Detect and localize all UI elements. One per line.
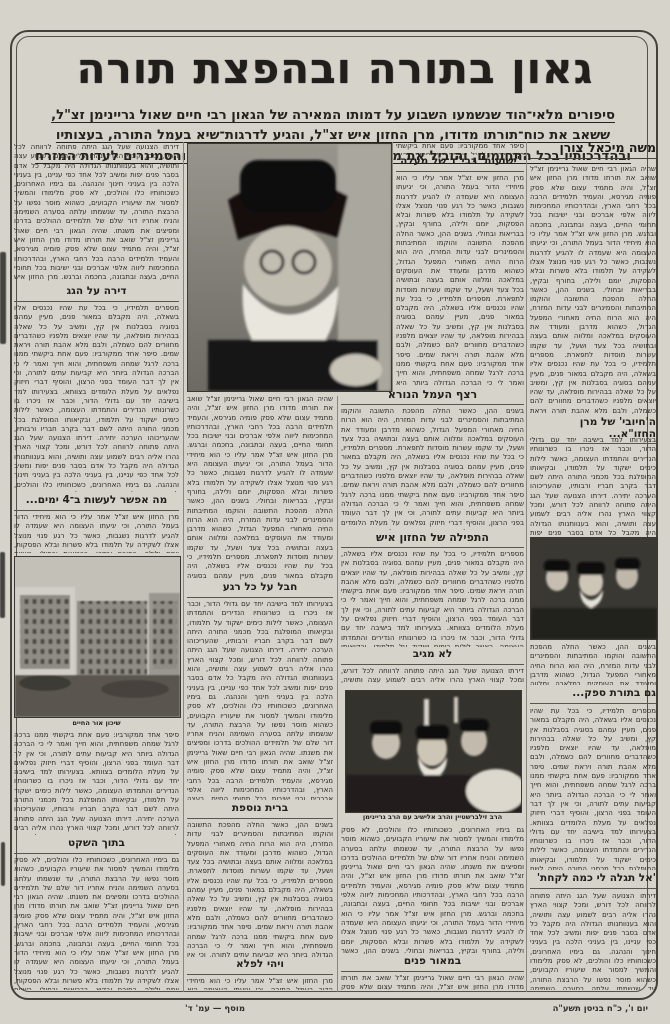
group-photo-mid xyxy=(345,690,522,813)
column-divider xyxy=(337,396,338,992)
section-heading-ma-efshar: מה אפשר לעשות ב־4 ימים... xyxy=(14,495,179,511)
body-text: בשנים ההן, כאשר החלה מהפכת התשובה והוקמו… xyxy=(530,643,656,685)
scan-artifact xyxy=(0,552,5,618)
body-text: מרן החזון איש זצ"ל אמר עליו כי הוא מיחיד… xyxy=(396,174,524,387)
body-text: מרן החזון איש זצ"ל אמר עליו כי הוא מיחיד… xyxy=(187,977,333,990)
column-divider xyxy=(392,142,393,392)
body-text: דירתו הצנועה שעל הגג היתה פתוחה לרווחה ל… xyxy=(14,143,179,283)
body-text: בשנים ההן, כאשר החלה מהפכת התשובה והוקמו… xyxy=(341,407,524,530)
column-divider xyxy=(526,142,527,992)
body-text: גם בימיו האחרונים, כשכוחותיו כלו והולכים… xyxy=(341,826,524,954)
page-title: גאון בתורה ובהפצת תורה xyxy=(0,44,670,93)
section-heading-toras-safek: גם בתורת ספק... xyxy=(530,688,656,704)
body-text: סיפר אחד ממקורביו: פעם אחת ביקשתי ממנו ב… xyxy=(14,731,179,835)
body-text: דירתו הצנועה שעל הגג היתה פתוחה לרווחה ל… xyxy=(341,667,524,687)
body-text: שהיה הגאון רבי חיים שאול גריינימן זצ"ל ש… xyxy=(187,395,333,580)
section-heading-retzef: רצף העמל הנורא xyxy=(341,389,524,405)
section-heading-lo-megiv: לא מגיב xyxy=(341,649,524,665)
body-text: סיפר אחד ממקורביו: פעם אחת ביקשתי ממנו ב… xyxy=(396,142,524,155)
body-text: גם בימיו האחרונים, כשכוחותיו כלו והולכים… xyxy=(14,856,179,990)
group-photo-right xyxy=(530,537,658,640)
scan-artifact xyxy=(1,842,5,886)
section-heading-yeshuos: 'ישועות' בבי"ד של מעלה xyxy=(396,156,524,172)
building-photo xyxy=(14,556,181,718)
building-photo-caption: שיכון אור החיים xyxy=(14,719,179,727)
body-text: דירתו הצנועה שעל הגג היתה פתוחה לרווחה ל… xyxy=(530,892,656,990)
body-text: בצעירותו למד בישיבה יחד עם גדולי הדור, ו… xyxy=(530,436,656,535)
column-divider xyxy=(183,142,184,992)
body-text: בשנים ההן, כאשר החלה מהפכת התשובה והוקמו… xyxy=(187,821,333,957)
section-heading-vayehi: ויהי לפלא xyxy=(187,959,333,975)
section-heading-meor: במאור פנים xyxy=(341,956,524,972)
body-text: מספרים תלמידיו, כי בכל עת שהיו נכנסים אל… xyxy=(14,304,179,492)
body-text: שהיה הגאון רבי חיים שאול גריינימן זצ"ל ש… xyxy=(530,165,656,415)
byline: משה מיכאל צורן xyxy=(530,140,656,159)
newspaper-page: גאון בתורה ובהפצת תורה סיפורים מלאי־הוד … xyxy=(0,0,670,1024)
section-heading-tefila: התפילה של החזון איש xyxy=(341,532,524,548)
section-heading-al-tegale: 'אל תגלה לי כמה לקחת' xyxy=(530,873,656,889)
section-heading-betoch: בתוך השקט xyxy=(14,838,179,854)
body-text: מספרים תלמידיו, כי בכל עת שהיו נכנסים אל… xyxy=(530,707,656,870)
body-text: בצעירותו למד בישיבה יחד עם גדולי הדור, ו… xyxy=(187,600,333,800)
group-photo-mid-caption: הרב זילברשטיין והרב אלישיב עם הרב גרייני… xyxy=(341,813,524,821)
section-heading-brit: ברית נוספת xyxy=(187,803,333,819)
body-text: מרן החזון איש זצ"ל אמר עליו כי הוא מיחיד… xyxy=(14,513,179,553)
rabbi-portrait-photo xyxy=(187,143,392,392)
section-heading-dira: דירה על הגג xyxy=(14,286,179,302)
scan-artifact xyxy=(0,252,6,344)
section-heading-chaval: חבל על כל רגע xyxy=(187,582,333,598)
footer-date: יום ו', כ"ח בניסן תשע"ה xyxy=(553,1004,648,1014)
footer-section-page: מוסף — עמ' ד' xyxy=(185,1004,245,1014)
body-text: שהיה הגאון רבי חיים שאול גריינימן זצ"ל ש… xyxy=(341,974,524,990)
body-text: מספרים תלמידיו, כי בכל עת שהיו נכנסים אל… xyxy=(341,550,524,647)
